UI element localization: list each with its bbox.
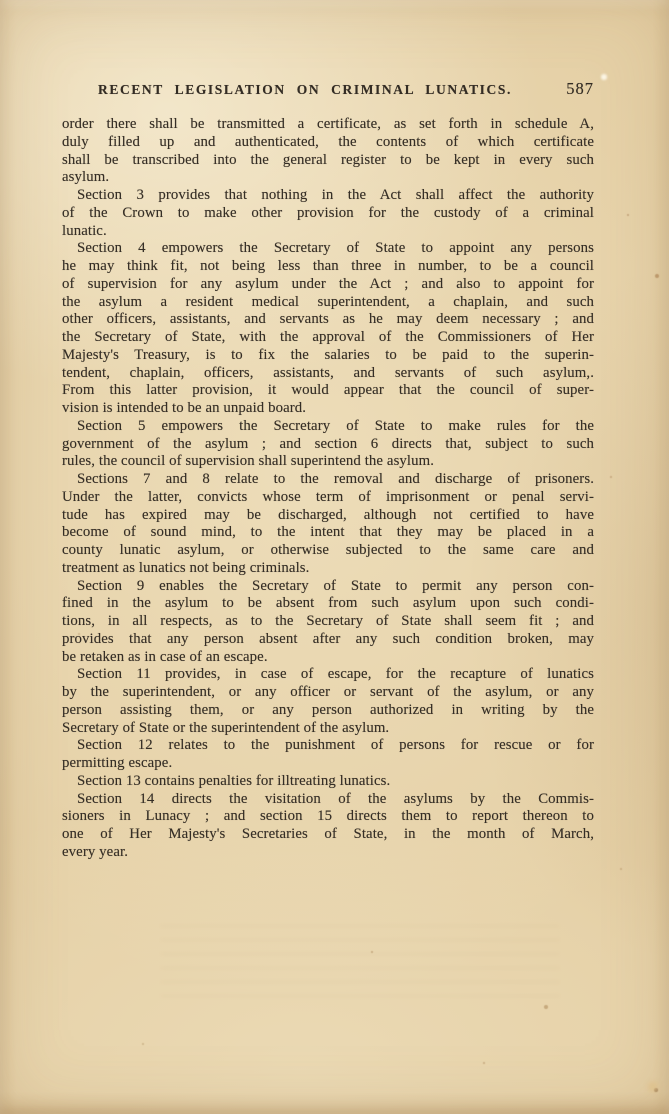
text-line: government of the asylum ; and section 6…	[62, 436, 594, 454]
text-line: other officers, assistants, and servants…	[62, 311, 594, 329]
text-line: sioners in Lunacy ; and section 15 direc…	[62, 808, 594, 826]
text-line: Sections 7 and 8 relate to the removal a…	[62, 471, 594, 489]
paragraph: Section 13 contains penalties for illtre…	[62, 773, 594, 791]
text-line: tude has expired may be discharged, alth…	[62, 507, 594, 525]
text-line: be retaken as in case of an escape.	[62, 649, 594, 667]
text-line: of the Crown to make other provision for…	[62, 205, 594, 223]
text-line: of supervision for any asylum under the …	[62, 276, 594, 294]
text-line: Secretary of State or the superintendent…	[62, 720, 594, 738]
text-line: vision is intended to be an unpaid board…	[62, 400, 594, 418]
text-line: Section 5 empowers the Secretary of Stat…	[62, 418, 594, 436]
text-line: he may think fit, not being less than th…	[62, 258, 594, 276]
paragraph: Section 9 enables the Secretary of State…	[62, 578, 594, 667]
text-line: Majesty's Treasury, is to fix the salari…	[62, 347, 594, 365]
text-line: treatment as lunatics not being criminal…	[62, 560, 594, 578]
text-line: become of sound mind, to the intent that…	[62, 524, 594, 542]
text-line: tions, in all respects, as to the Secret…	[62, 613, 594, 631]
running-head: RECENT LEGISLATION ON CRIMINAL LUNATICS.…	[62, 79, 594, 99]
text-line: Section 13 contains penalties for illtre…	[62, 773, 594, 791]
text-line: Section 12 relates to the punishment of …	[62, 737, 594, 755]
paragraph: Sections 7 and 8 relate to the removal a…	[62, 471, 594, 578]
paragraph: Section 14 directs the visitation of the…	[62, 791, 594, 862]
text-line: rules, the council of supervision shall …	[62, 453, 594, 471]
text-line: every year.	[62, 844, 594, 862]
text-line: by the superintendent, or any officer or…	[62, 684, 594, 702]
text-line: Section 9 enables the Secretary of State…	[62, 578, 594, 596]
text-line: the asylum a resident medical superinten…	[62, 294, 594, 312]
text-line: one of Her Majesty's Secretaries of Stat…	[62, 826, 594, 844]
paragraph: Section 5 empowers the Secretary of Stat…	[62, 418, 594, 471]
text-line: From this latter provision, it would app…	[62, 382, 594, 400]
page-header-title: RECENT LEGISLATION ON CRIMINAL LUNATICS.	[62, 82, 548, 98]
text-line: permitting escape.	[62, 755, 594, 773]
text-line: lunatic.	[62, 223, 594, 241]
paragraph: order there shall be transmitted a certi…	[62, 116, 594, 187]
paragraph: Section 4 empowers the Secretary of Stat…	[62, 240, 594, 418]
text-line: tendent, chaplain, officers, assistants,…	[62, 365, 594, 383]
text-line: provides that any person absent after an…	[62, 631, 594, 649]
text-line: asylum.	[62, 169, 594, 187]
text-line: person assisting them, or any person aut…	[62, 702, 594, 720]
book-page: RECENT LEGISLATION ON CRIMINAL LUNATICS.…	[0, 0, 669, 1114]
text-line: fined in the asylum to be absent from su…	[62, 595, 594, 613]
paper-show-through	[160, 925, 560, 1000]
text-line: duly filled up and authenticated, the co…	[62, 134, 594, 152]
paragraph: Section 3 provides that nothing in the A…	[62, 187, 594, 240]
text-line: county lunatic asylum, or otherwise subj…	[62, 542, 594, 560]
text-line: Section 11 provides, in case of escape, …	[62, 666, 594, 684]
text-line: Section 14 directs the visitation of the…	[62, 791, 594, 809]
text-line: order there shall be transmitted a certi…	[62, 116, 594, 134]
text-line: shall be transcribed into the general re…	[62, 152, 594, 170]
page-number: 587	[548, 79, 594, 99]
text-line: Section 3 provides that nothing in the A…	[62, 187, 594, 205]
text-line: the Secretary of State, with the approva…	[62, 329, 594, 347]
text-line: Section 4 empowers the Secretary of Stat…	[62, 240, 594, 258]
text-line: Under the latter, convicts whose term of…	[62, 489, 594, 507]
paragraph: Section 12 relates to the punishment of …	[62, 737, 594, 773]
body-text: order there shall be transmitted a certi…	[62, 116, 594, 862]
paragraph: Section 11 provides, in case of escape, …	[62, 666, 594, 737]
paper-speckles	[0, 0, 2, 2]
